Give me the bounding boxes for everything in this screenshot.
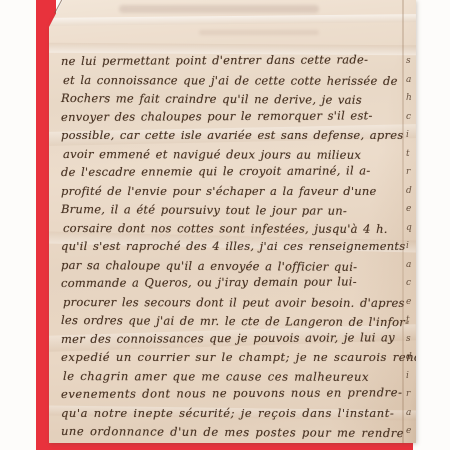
edge-text-fragment: d (406, 348, 418, 367)
edge-text-fragment: a (406, 71, 418, 90)
edge-text-fragment: r (406, 385, 418, 404)
edge-text-fragment: e (406, 293, 418, 312)
letter-sheet-wrapper: ne lui permettant point d'entrer dans ce… (0, 0, 450, 450)
edge-text-fragment: q (406, 219, 418, 238)
photo-canvas: ne lui permettant point d'entrer dans ce… (0, 0, 450, 450)
letter-line: une ordonnance d'un de mes postes pour m… (61, 422, 413, 443)
edge-text-fragment: a (406, 404, 418, 423)
letter-line: possible, car cette isle avariée est san… (61, 126, 413, 145)
letter-line: corsaire dont nos cottes sont infestées,… (63, 219, 415, 238)
edge-text-fragment: t (406, 145, 418, 164)
paper-crease (49, 14, 416, 26)
letter-line: de l'escadre ennemie qui le croyoit amar… (61, 161, 413, 181)
letter-line: envoyer des chaloupes pour le remorquer … (61, 106, 413, 126)
facing-page-edge: sahcitrdeqiacetsdirae (406, 52, 418, 441)
letter-line: evenements dont nous ne pouvons nous en … (61, 383, 413, 403)
letter-line: qu'a notre inepte sécurité; je reçois da… (61, 404, 413, 423)
letter-line: et la connoissance que j'ai de cette cot… (63, 71, 415, 90)
edge-text-fragment: i (406, 237, 418, 256)
vertical-fold-crease (402, 0, 404, 443)
edge-text-fragment: i (406, 126, 418, 145)
edge-text-fragment: e (406, 200, 418, 219)
edge-text-fragment: d (406, 182, 418, 201)
edge-text-fragment: t (406, 311, 418, 330)
letter-line: qu'il s'est raproché des 4 illes, j'ai c… (61, 237, 413, 256)
letter-line: procurer les secours dont il peut avoir … (63, 293, 415, 312)
letter-line: profité de l'envie pour s'échaper a la f… (61, 182, 413, 201)
letter-line: expedié un courrier sur le champt; je ne… (61, 348, 413, 367)
edge-text-fragment: s (406, 52, 418, 71)
letter-line: ne lui permettant point d'entrer dans ce… (61, 50, 413, 70)
letter-line: Brume, il a été poursuivy tout le jour p… (61, 200, 413, 221)
letter-page: ne lui permettant point d'entrer dans ce… (49, 0, 416, 443)
letter-text: ne lui permettant point d'entrer dans ce… (61, 52, 413, 441)
edge-text-fragment: s (406, 330, 418, 349)
edge-text-fragment: a (406, 256, 418, 275)
edge-text-fragment: c (406, 108, 418, 127)
edge-text-fragment: h (406, 89, 418, 108)
letter-line: commande a Queros, ou j'iray demain pour… (61, 272, 413, 292)
edge-text-fragment: r (406, 163, 418, 182)
letter-line: mer des connoissances que je pouvois avo… (61, 328, 413, 348)
edge-text-fragment: e (406, 422, 418, 441)
ink-bleedthrough (199, 30, 319, 35)
edge-text-fragment: c (406, 274, 418, 293)
edge-text-fragment: i (406, 367, 418, 386)
ink-bleedthrough (119, 5, 319, 13)
